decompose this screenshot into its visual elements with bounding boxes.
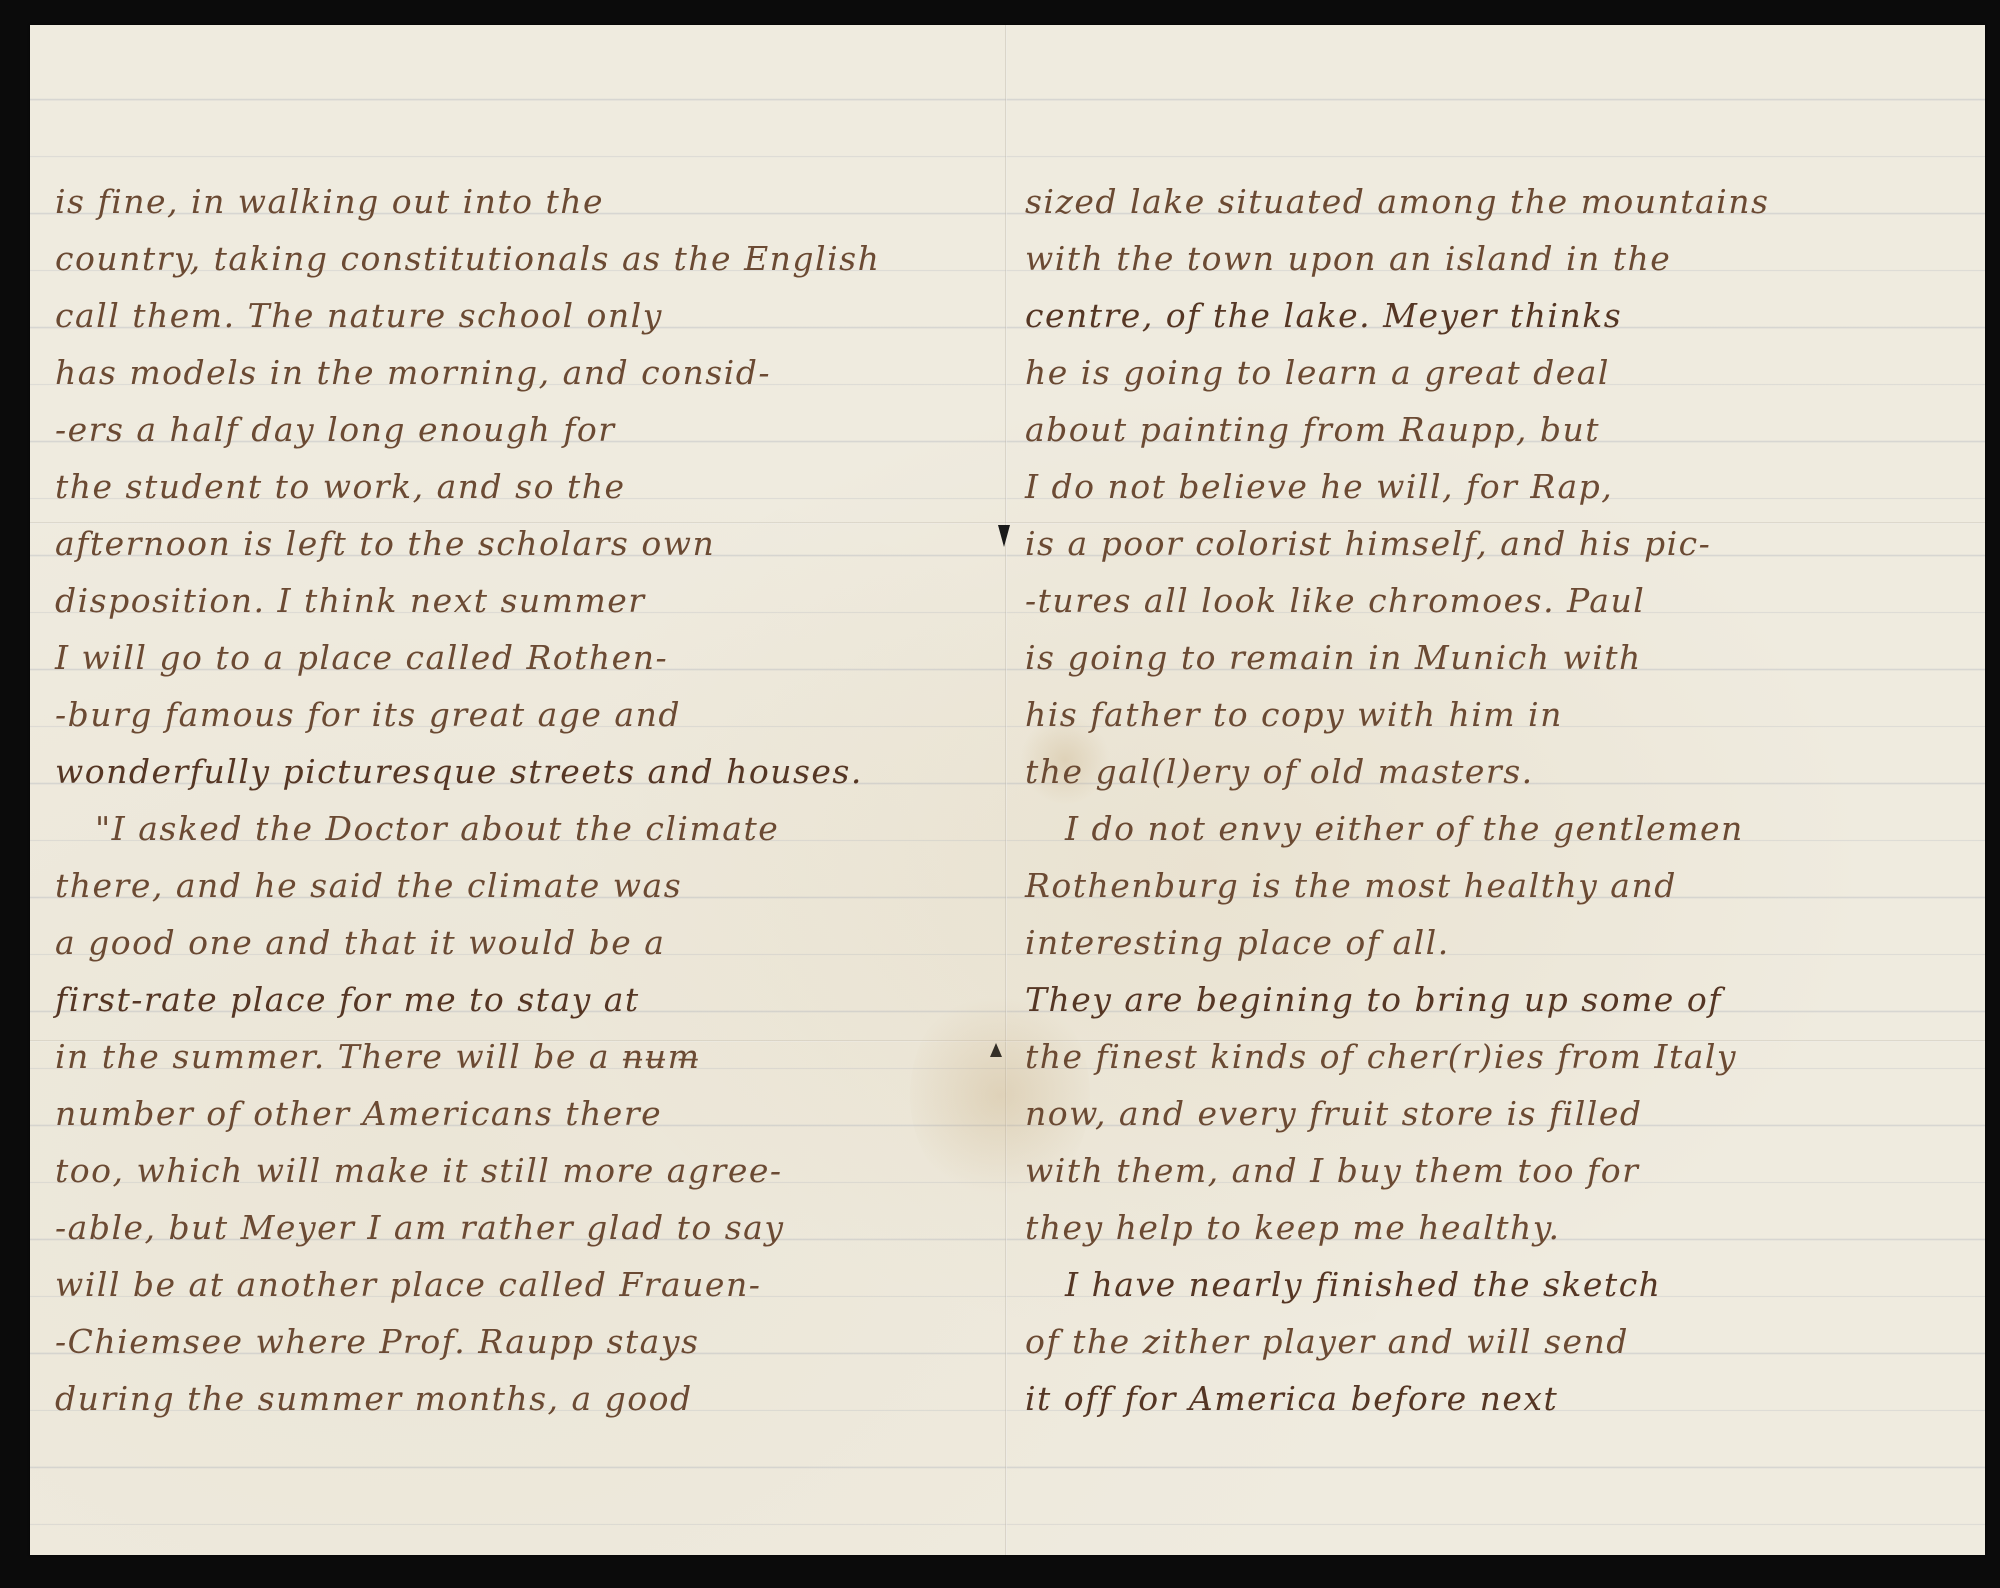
text-line: the finest kinds of cher(r)ies from Ital…: [1025, 1028, 1975, 1085]
text-line: a good one and that it would be a: [55, 914, 1005, 971]
text-line: -able, but Meyer I am rather glad to say: [55, 1199, 1005, 1256]
text-line: with the town upon an island in the: [1025, 230, 1975, 287]
text-line: -burg famous for its great age and: [55, 686, 1005, 743]
text-line: I do not believe he will, for Rap,: [1025, 458, 1975, 515]
text-line: -ers a half day long enough for: [55, 401, 1005, 458]
right-page-text: sized lake situated among the mountains …: [1025, 173, 1975, 1427]
text-line: they help to keep me healthy.: [1025, 1199, 1975, 1256]
text-line: now, and every fruit store is filled: [1025, 1085, 1975, 1142]
text-line: call them. The nature school only: [55, 287, 1005, 344]
text-line: there, and he said the climate was: [55, 857, 1005, 914]
text-line: the student to work, and so the: [55, 458, 1005, 515]
text-line: number of other Americans there: [55, 1085, 1005, 1142]
text-line: of the zither player and will send: [1025, 1313, 1975, 1370]
text-line: wonderfully picturesque streets and hous…: [55, 743, 1005, 800]
text-line: about painting from Raupp, but: [1025, 401, 1975, 458]
text-line: his father to copy with him in: [1025, 686, 1975, 743]
text-line: I will go to a place called Rothen-: [55, 629, 1005, 686]
text-line: too, which will make it still more agree…: [55, 1142, 1005, 1199]
vertical-fold: [1005, 25, 1007, 1555]
text-line: centre, of the lake. Meyer thinks: [1025, 287, 1975, 344]
text-line: it off for America before next: [1025, 1370, 1975, 1427]
letter-sheet: is fine, in walking out into the country…: [30, 25, 1985, 1555]
text-line: during the summer months, a good: [55, 1370, 1005, 1427]
text-line: with them, and I buy them too for: [1025, 1142, 1975, 1199]
text-line: disposition. I think next summer: [55, 572, 1005, 629]
text-line: he is going to learn a great deal: [1025, 344, 1975, 401]
text-line: -Chiemsee where Prof. Raupp stays: [55, 1313, 1005, 1370]
left-page-text: is fine, in walking out into the country…: [55, 173, 1005, 1427]
text-line: the gal(l)ery of old masters.: [1025, 743, 1975, 800]
text-line: I do not envy either of the gentlemen: [1025, 800, 1975, 857]
text-line: They are begining to bring up some of: [1025, 971, 1975, 1028]
text-line: interesting place of all.: [1025, 914, 1975, 971]
text-line: afternoon is left to the scholars own: [55, 515, 1005, 572]
text-line: is a poor colorist himself, and his pic-: [1025, 515, 1975, 572]
text-line: in the summer. There will be a n̶u̶m̶: [55, 1028, 1005, 1085]
text-line: I have nearly finished the sketch: [1025, 1256, 1975, 1313]
text-line: is going to remain in Munich with: [1025, 629, 1975, 686]
text-line: -tures all look like chromoes. Paul: [1025, 572, 1975, 629]
text-line: "I asked the Doctor about the climate: [55, 800, 1005, 857]
text-line: is fine, in walking out into the: [55, 173, 1005, 230]
text-line: Rothenburg is the most healthy and: [1025, 857, 1975, 914]
text-line: country, taking constitutionals as the E…: [55, 230, 1005, 287]
text-line: sized lake situated among the mountains: [1025, 173, 1975, 230]
text-line: will be at another place called Frauen-: [55, 1256, 1005, 1313]
text-line: has models in the morning, and consid-: [55, 344, 1005, 401]
text-line: first-rate place for me to stay at: [55, 971, 1005, 1028]
